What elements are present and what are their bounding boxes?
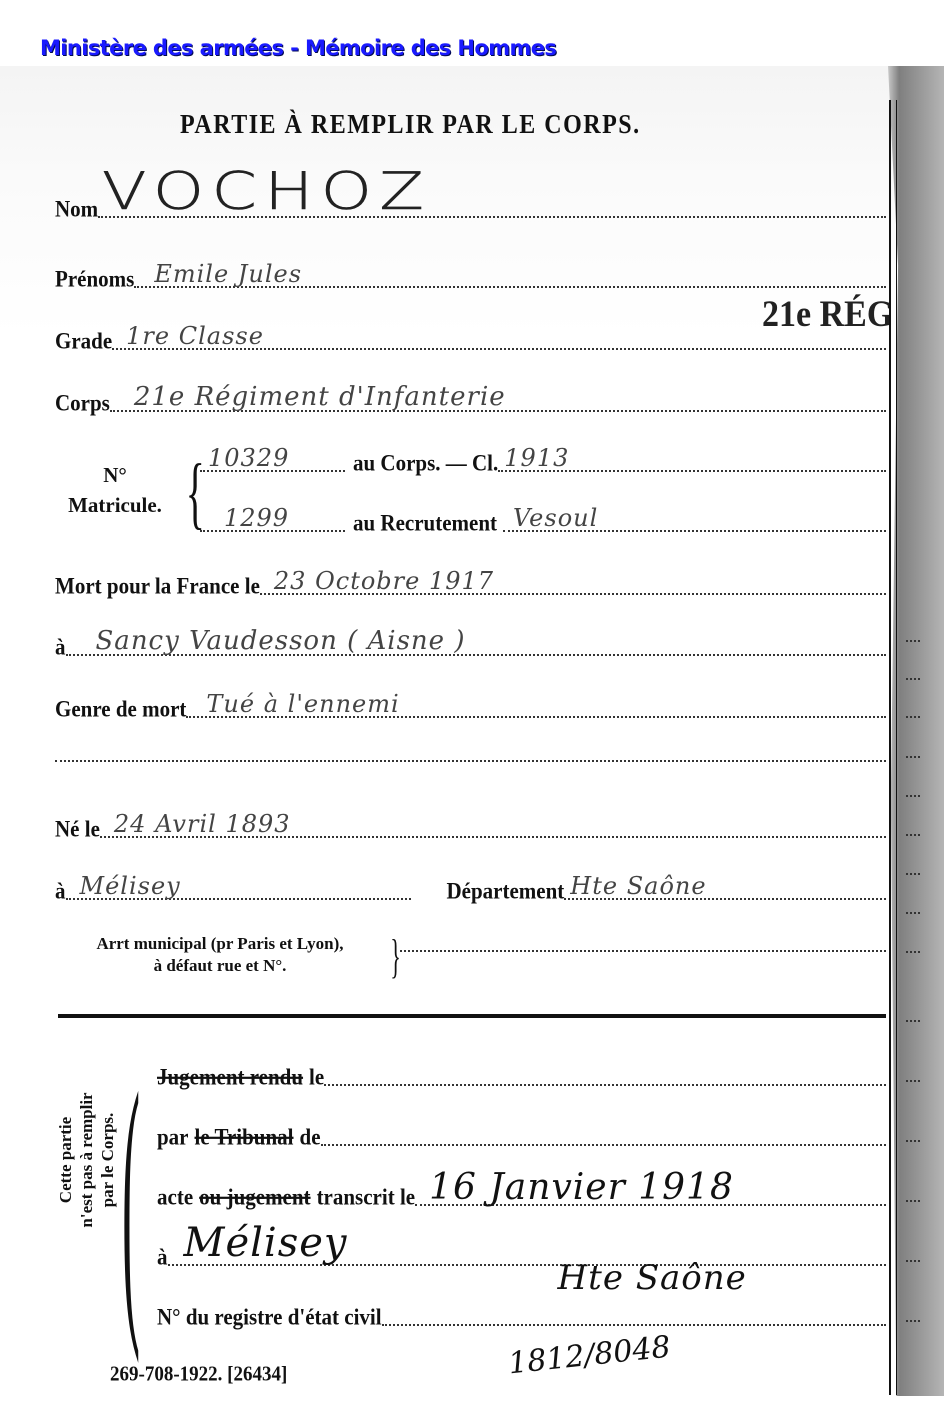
field-label: Mort pour la France le — [55, 573, 260, 601]
edge-dots — [906, 678, 920, 680]
source-watermark: Ministère des armées - Mémoire des Homme… — [40, 36, 556, 60]
edge-dots — [906, 640, 920, 642]
field-value-grade: 1re Classe — [126, 322, 264, 350]
field-value-ne-le: 24 Avril 1893 — [114, 810, 291, 838]
form-reference: 269-708-1922. [26434] — [110, 1363, 287, 1387]
edge-dots — [906, 1320, 920, 1322]
field-ne-le: Né le 24 Avril 1893 — [55, 818, 886, 843]
field-label: Nom — [55, 196, 98, 224]
field-value-corps: 21e Régiment d'Infanterie — [134, 382, 506, 412]
edge-dots — [906, 912, 920, 914]
field-mort-a: à Sancy Vaudesson ( Aisne ) — [55, 636, 886, 661]
field-label: Prénoms — [55, 266, 134, 294]
edge-dots — [906, 834, 920, 836]
field-value-departement: Hte Saône — [570, 872, 706, 900]
field-value-ne-a: Mélisey — [80, 872, 181, 900]
field-value-classe: 1913 — [504, 444, 569, 472]
field-blank-line — [55, 760, 886, 767]
field-value-nom: VOCHOZ — [102, 162, 431, 222]
edge-dots — [906, 795, 920, 797]
field-value-recrutement: Vesoul — [513, 504, 598, 532]
edge-dots — [906, 716, 920, 718]
edge-dots — [906, 1140, 920, 1142]
field-jugement: Jugement rendu le — [157, 1066, 886, 1091]
field-transcription-lieu: à Mélisey Hte Saône — [157, 1246, 886, 1271]
field-label: de — [300, 1124, 321, 1152]
field-label: Né le — [55, 816, 100, 844]
field-value-acte-transcrit: 16 Janvier 1918 — [429, 1167, 734, 1208]
field-value-mort-le: 23 Octobre 1917 — [274, 567, 494, 595]
field-matricule-corps: 10329 au Corps. — Cl. 1913 — [200, 452, 886, 477]
section-divider — [58, 1014, 886, 1018]
edge-dots — [906, 1260, 920, 1262]
field-label: acte — [157, 1184, 193, 1212]
field-label: Département — [447, 878, 565, 906]
civil-section-note: Cette partie n'est pas à remplir par le … — [55, 1065, 118, 1255]
field-label: le — [309, 1064, 324, 1092]
field-label: à — [157, 1244, 168, 1272]
field-label-struck: Jugement rendu — [157, 1064, 303, 1092]
field-label: au Corps. — Cl. — [353, 450, 498, 478]
field-matricule-recrutement: 1299 au Recrutement Vesoul — [200, 512, 886, 537]
field-value-matricule-recrutement: 1299 — [224, 504, 289, 532]
edge-dots — [906, 1020, 920, 1022]
card-border-line — [896, 100, 897, 1395]
field-label-struck: le Tribunal — [195, 1124, 294, 1152]
document-heading: PARTIE À REMPLIR PAR LE CORPS. — [180, 110, 641, 141]
field-value-mort-a: Sancy Vaudesson ( Aisne ) — [96, 626, 466, 656]
field-label: à — [55, 878, 66, 906]
edge-dots — [906, 1080, 920, 1082]
field-value-transcription-dept: Hte Saône — [558, 1258, 747, 1298]
field-tribunal: par le Tribunal de — [157, 1126, 886, 1151]
matricule-label: N° Matricule. — [55, 460, 175, 520]
edge-dots — [906, 951, 920, 953]
field-corps: Corps 21e Régiment d'Infanterie — [55, 392, 886, 417]
field-label: au Recrutement — [353, 510, 497, 538]
field-nom: Nom VOCHOZ — [55, 198, 886, 223]
edge-dots — [906, 1200, 920, 1202]
arrondissement-brace: } — [390, 930, 400, 984]
field-value-genre-mort: Tué à l'ennemi — [206, 690, 399, 718]
field-label: transcrit le — [317, 1184, 416, 1212]
edge-dots — [906, 756, 920, 758]
field-arrondissement — [400, 950, 886, 957]
field-label: N° du registre d'état civil — [157, 1304, 382, 1332]
field-registre: N° du registre d'état civil — [157, 1306, 886, 1331]
field-label: Genre de mort — [55, 696, 186, 724]
field-value-matricule-corps: 10329 — [208, 444, 289, 472]
field-value-prenoms: Emile Jules — [154, 260, 302, 288]
field-label: à — [55, 634, 66, 662]
field-acte-transcrit: acte ou jugement transcrit le 16 Janvier… — [157, 1186, 886, 1211]
civil-section-brace: ( — [122, 1058, 140, 1338]
field-label: Corps — [55, 390, 110, 418]
field-genre-mort: Genre de mort Tué à l'ennemi — [55, 698, 886, 723]
edge-dots — [906, 873, 920, 875]
field-value-transcription-lieu: Mélisey — [184, 1220, 348, 1266]
field-ne-a: à Mélisey Département Hte Saône — [55, 880, 886, 905]
field-grade: Grade 1re Classe — [55, 330, 886, 355]
field-label-struck: ou jugement — [199, 1184, 310, 1212]
arrondissement-label: Arrt municipal (pr Paris et Lyon), à déf… — [55, 933, 385, 977]
field-prenoms: Prénoms Emile Jules — [55, 268, 886, 293]
field-label: Grade — [55, 328, 112, 356]
card-border-line — [889, 100, 891, 1395]
field-label: par — [157, 1124, 189, 1152]
field-mort-le: Mort pour la France le 23 Octobre 1917 — [55, 575, 886, 600]
